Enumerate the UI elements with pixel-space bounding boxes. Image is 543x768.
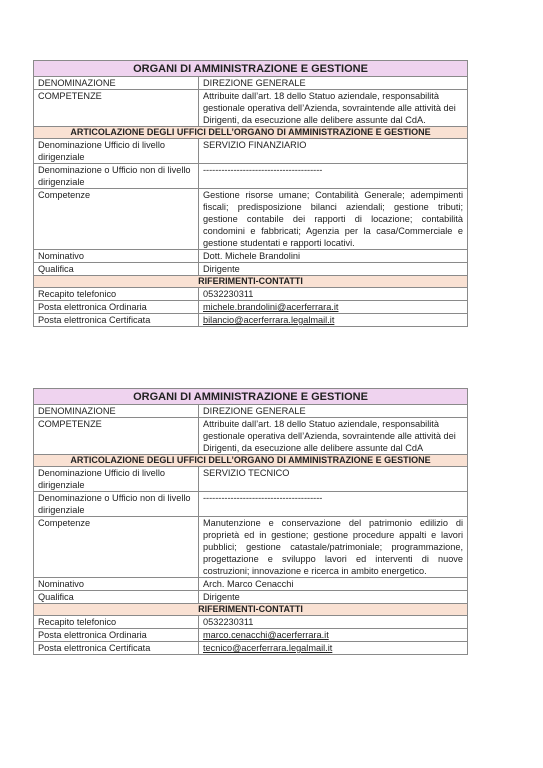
row-value: --------------------------------------- [199, 164, 468, 189]
row-value: DIREZIONE GENERALE [199, 77, 468, 90]
table-row: DENOMINAZIONEDIREZIONE GENERALE [34, 405, 468, 418]
row-label: Competenze [34, 189, 199, 250]
row-label: Denominazione o Ufficio non di livello d… [34, 492, 199, 517]
row-value: Dirigente [199, 263, 468, 276]
row-label: COMPETENZE [34, 418, 199, 455]
table-row: Posta elettronica Ordinariamarco.cenacch… [34, 629, 468, 642]
table-row: Posta elettronica Certificatatecnico@ace… [34, 642, 468, 655]
row-value: --------------------------------------- [199, 492, 468, 517]
section-header: RIFERIMENTI-CONTATTI [34, 276, 468, 288]
table-row: Denominazione Ufficio di livello dirigen… [34, 139, 468, 164]
row-label: DENOMINAZIONE [34, 77, 199, 90]
table-row: COMPETENZEAttribuite dall’art. 18 dello … [34, 418, 468, 455]
phone-value: 0532230311 [199, 288, 468, 301]
row-value: Dott. Michele Brandolini [199, 250, 468, 263]
row-label: Recapito telefonico [34, 616, 199, 629]
phone-value: 0532230311 [199, 616, 468, 629]
row-label: Recapito telefonico [34, 288, 199, 301]
row-label: Denominazione o Ufficio non di livello d… [34, 164, 199, 189]
row-label: Posta elettronica Ordinaria [34, 629, 199, 642]
table-row: QualificaDirigente [34, 591, 468, 604]
row-label: DENOMINAZIONE [34, 405, 199, 418]
row-value: Dirigente [199, 591, 468, 604]
table-row: Competenze Manutenzione e conservazione … [34, 517, 468, 578]
table-row: Denominazione Ufficio di livello dirigen… [34, 467, 468, 492]
row-label: Posta elettronica Ordinaria [34, 301, 199, 314]
row-value: Manutenzione e conservazione del patrimo… [199, 517, 468, 578]
row-label: Competenze [34, 517, 199, 578]
section-header: RIFERIMENTI-CONTATTI [34, 604, 468, 616]
organ-table-finanziario: ORGANI DI AMMINISTRAZIONE E GESTIONE DEN… [33, 60, 468, 327]
table-row: Denominazione o Ufficio non di livello d… [34, 492, 468, 517]
pec-link[interactable]: tecnico@acerferrara.legalmail.it [203, 643, 332, 653]
row-value: SERVIZIO FINANZIARIO [199, 139, 468, 164]
row-label: Nominativo [34, 578, 199, 591]
row-label: Posta elettronica Certificata [34, 642, 199, 655]
table-row: Recapito telefonico0532230311 [34, 288, 468, 301]
row-value: Attribuite dall’art. 18 dello Statuo azi… [199, 418, 468, 455]
pec-link[interactable]: bilancio@acerferrara.legalmail.it [203, 315, 334, 325]
organ-table-tecnico: ORGANI DI AMMINISTRAZIONE E GESTIONE DEN… [33, 388, 468, 655]
table-row: NominativoArch. Marco Cenacchi [34, 578, 468, 591]
table-row: DENOMINAZIONEDIREZIONE GENERALE [34, 77, 468, 90]
table-row: QualificaDirigente [34, 263, 468, 276]
row-value: DIREZIONE GENERALE [199, 405, 468, 418]
row-label: Posta elettronica Certificata [34, 314, 199, 327]
section-header: ARTICOLAZIONE DEGLI UFFICI DELL’ORGANO D… [34, 455, 468, 467]
table-row: Posta elettronica Certificatabilancio@ac… [34, 314, 468, 327]
table-row: Denominazione o Ufficio non di livello d… [34, 164, 468, 189]
row-label: Qualifica [34, 591, 199, 604]
table-row: Posta elettronica Ordinariamichele.brand… [34, 301, 468, 314]
row-label: Qualifica [34, 263, 199, 276]
table-row: NominativoDott. Michele Brandolini [34, 250, 468, 263]
row-value: Attribuite dall’art. 18 dello Statuo azi… [199, 90, 468, 127]
table-title: ORGANI DI AMMINISTRAZIONE E GESTIONE [34, 389, 468, 405]
email-link[interactable]: michele.brandolini@acerferrara.it [203, 302, 338, 312]
table-title: ORGANI DI AMMINISTRAZIONE E GESTIONE [34, 61, 468, 77]
row-value: SERVIZIO TECNICO [199, 467, 468, 492]
row-label: Nominativo [34, 250, 199, 263]
table-row: Recapito telefonico0532230311 [34, 616, 468, 629]
table-row: CompetenzeGestione risorse umane; Contab… [34, 189, 468, 250]
row-label: Denominazione Ufficio di livello dirigen… [34, 467, 199, 492]
section-header: ARTICOLAZIONE DEGLI UFFICI DELL’ORGANO D… [34, 127, 468, 139]
row-value: Gestione risorse umane; Contabilità Gene… [199, 189, 468, 250]
email-link[interactable]: marco.cenacchi@acerferrara.it [203, 630, 329, 640]
row-label: Denominazione Ufficio di livello dirigen… [34, 139, 199, 164]
table-row: COMPETENZEAttribuite dall’art. 18 dello … [34, 90, 468, 127]
row-label: COMPETENZE [34, 90, 199, 127]
row-value: Arch. Marco Cenacchi [199, 578, 468, 591]
